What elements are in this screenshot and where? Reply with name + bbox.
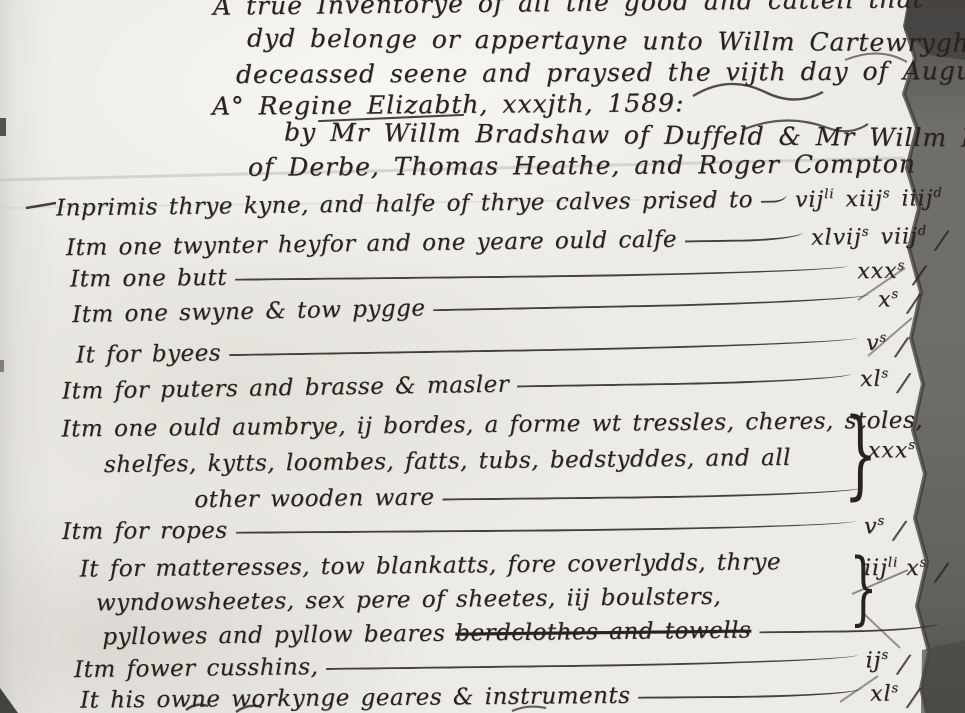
leader-line [433,289,870,311]
item-text: Itm for puters and brasse & masler [62,372,510,405]
leader-line [235,260,849,280]
inventory-item-row: Itm for ropesvs/ [62,510,905,546]
item-amount: vs/ [864,510,905,540]
item-amount: ijs/ [865,644,909,675]
item-text: wyndowsheetes, sex pere of sheetes, iij … [96,584,722,617]
item-text: Itm for ropes [62,518,228,545]
item-text: Inprimis thrye kyne, and halfe of thrye … [56,187,753,222]
item-text: It his owne workynge geares & instrument… [80,683,631,713]
tick-mark: / [895,332,908,363]
tick-mark: / [908,288,921,319]
item-text: other wooden ware [194,485,434,514]
item-text: Itm one swyne & tow pygge [72,295,426,328]
item-amount: xs/ [878,283,919,314]
manuscript-text: A true Inventorye of all the good and ca… [0,0,965,713]
tick-mark: / [893,516,907,547]
inventory-item-row: It his owne workynge geares & instrument… [80,677,919,713]
heading-line-2: dyd belonge or appertayne unto Willm Car… [247,23,965,57]
item-amount: vijli xiijs iiijd [795,185,943,212]
item-amount: iijli xs/ [864,552,947,582]
tick-mark: / [935,225,948,256]
heading-line-1: A true Inventorye of all the good and ca… [213,0,924,21]
inventory-item-group: Itm one ould aumbrye, ij bordes, a forme… [61,407,924,524]
heading-line-5: by Mr Willm Bradshaw of Duffeld & Mr Wil… [284,117,965,153]
inventory-item-group: It for matteresses, tow blankatts, fore … [79,547,947,658]
item-text: Itm one twynter heyfor and one yeare oul… [66,227,677,262]
item-text: It for matteresses, tow blankatts, fore … [79,549,781,582]
manuscript-page: A true Inventorye of all the good and ca… [0,0,965,713]
leader-line [229,332,858,356]
tick-mark: / [897,368,910,399]
leader-line [517,368,852,387]
item-amount: xxxs/ [857,255,925,286]
tick-mark: / [935,557,949,588]
leader-line [685,227,803,243]
leader-line [326,650,858,670]
tick-mark: / [907,683,921,713]
item-text: Itm one butt [70,265,227,293]
leader-line [761,189,787,203]
leader-line [442,482,862,500]
inventory-item-row: Inprimis thrye kyne, and halfe of thrye … [56,184,959,221]
inventory-item-row: Itm for puters and brasse & maslerxls/ [62,362,909,405]
inventory-item-row: It for byeesvs/ [76,326,907,369]
item-text: Itm one ould aumbrye, ij bordes, a forme… [61,407,923,442]
item-amount: xlvijs viijd/ [811,220,947,252]
leader-line [236,515,857,533]
tick-mark: / [897,649,910,680]
item-amount: xls/ [870,677,919,707]
leader-line [638,683,862,699]
item-text: pyllowes and pyllow beares [102,621,445,651]
item-amount: vs/ [866,326,907,357]
item-text: Itm fower cusshins, [74,654,319,683]
struck-text: berdclothes and towells [455,618,751,647]
heading-line-6: of Derbe, Thomas Heathe, and Roger Compt… [248,149,916,181]
item-amount: xxxs [868,438,916,463]
heading-line-3: deceassed seene and praysed the vijth da… [236,56,965,89]
item-text: It for byees [76,340,221,368]
item-amount: xls/ [860,362,909,393]
